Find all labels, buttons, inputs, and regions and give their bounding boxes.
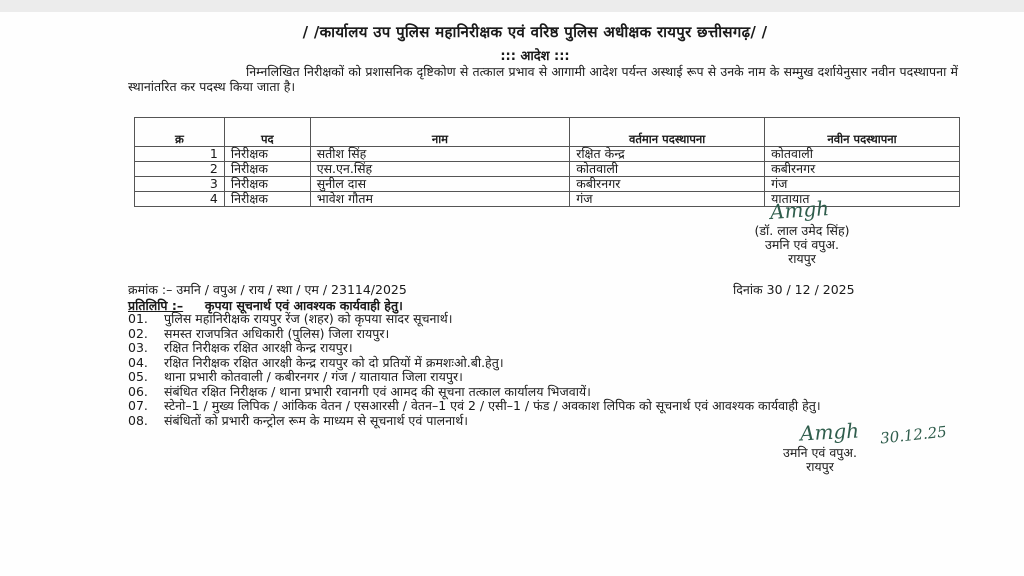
item-text: पुलिस महानिरीक्षक रायपुर रेंज (शहर) को क…	[164, 312, 958, 327]
signatory-1-designation: उमनि एवं वपुअ.	[712, 238, 892, 252]
cell-name: भावेश गौतम	[310, 192, 570, 207]
cell-post: निरीक्षक	[224, 147, 310, 162]
cell-sno: 1	[135, 147, 225, 162]
cell-current-posting: गंज	[570, 192, 765, 207]
reference-number: क्रमांक :– उमनि / वपुअ / राय / स्था / एम…	[128, 281, 407, 298]
item-number: 08.	[128, 414, 164, 429]
top-bar	[0, 0, 1024, 12]
signatory-1-name: (डॉ. लाल उमेद सिंह)	[712, 224, 892, 238]
item-number: 01.	[128, 312, 164, 327]
list-item: 07. स्टेनो–1 / मुख्य लिपिक / आंकिक वेतन …	[128, 399, 958, 414]
signatory-2-block: उमनि एवं वपुअ. रायपुर	[740, 446, 900, 474]
signature-2: Amgh	[799, 418, 859, 445]
intro-text: निम्नलिखित निरीक्षकों को प्रशासनिक दृष्ट…	[128, 64, 958, 94]
cell-post: निरीक्षक	[224, 177, 310, 192]
header-sno: क्र	[135, 118, 225, 147]
cell-new-posting: गंज	[765, 177, 960, 192]
list-item: 02. समस्त राजपत्रित अधिकारी (पुलिस) जिला…	[128, 327, 958, 342]
list-item: 03. रक्षित निरीक्षक रक्षित आरक्षी केन्द्…	[128, 341, 958, 356]
item-text: रक्षित निरीक्षक रक्षित आरक्षी केन्द्र रा…	[164, 356, 958, 371]
cell-current-posting: रक्षित केन्द्र	[570, 147, 765, 162]
header-current-posting: वर्तमान पदस्थापना	[570, 118, 765, 147]
list-item: 05. थाना प्रभारी कोतवाली / कबीरनगर / गंज…	[128, 370, 958, 385]
order-date: दिनांक 30 / 12 / 2025	[733, 281, 855, 298]
list-item: 01. पुलिस महानिरीक्षक रायपुर रेंज (शहर) …	[128, 312, 958, 327]
header-new-posting: नवीन पदस्थापना	[765, 118, 960, 147]
cell-name: एस.एन.सिंह	[310, 162, 570, 177]
item-number: 07.	[128, 399, 164, 414]
table-row: 3 निरीक्षक सुनील दास कबीरनगर गंज	[135, 177, 960, 192]
order-title: ::: आदेश :::	[160, 46, 910, 64]
item-text: थाना प्रभारी कोतवाली / कबीरनगर / गंज / य…	[164, 370, 958, 385]
office-heading: / /कार्यालय उप पुलिस महानिरीक्षक एवं वरि…	[160, 22, 910, 42]
table-header-row: क्र पद नाम वर्तमान पदस्थापना नवीन पदस्था…	[135, 118, 960, 147]
item-number: 06.	[128, 385, 164, 400]
signatory-2-designation: उमनि एवं वपुअ.	[740, 446, 900, 460]
list-item: 04. रक्षित निरीक्षक रक्षित आरक्षी केन्द्…	[128, 356, 958, 371]
cell-name: सुनील दास	[310, 177, 570, 192]
item-number: 02.	[128, 327, 164, 342]
table-row: 4 निरीक्षक भावेश गौतम गंज यातायात	[135, 192, 960, 207]
list-item: 06. संबंधित रक्षित निरीक्षक / थाना प्रभा…	[128, 385, 958, 400]
cell-post: निरीक्षक	[224, 192, 310, 207]
signature-1: Amgh	[769, 196, 830, 224]
copy-to-list: 01. पुलिस महानिरीक्षक रायपुर रेंज (शहर) …	[128, 312, 958, 428]
signatory-1-block: (डॉ. लाल उमेद सिंह) उमनि एवं वपुअ. रायपु…	[712, 224, 892, 266]
signatory-1-place: रायपुर	[712, 252, 892, 266]
item-number: 05.	[128, 370, 164, 385]
item-text: स्टेनो–1 / मुख्य लिपिक / आंकिक वेतन / एस…	[164, 399, 958, 414]
cell-name: सतीश सिंह	[310, 147, 570, 162]
item-text: रक्षित निरीक्षक रक्षित आरक्षी केन्द्र रा…	[164, 341, 958, 356]
cell-sno: 4	[135, 192, 225, 207]
table-row: 2 निरीक्षक एस.एन.सिंह कोतवाली कबीरनगर	[135, 162, 960, 177]
intro-paragraph: निम्नलिखित निरीक्षकों को प्रशासनिक दृष्ट…	[128, 64, 958, 94]
cell-sno: 2	[135, 162, 225, 177]
signatory-2-place: रायपुर	[740, 460, 900, 474]
item-number: 04.	[128, 356, 164, 371]
cell-new-posting: कबीरनगर	[765, 162, 960, 177]
header-post: पद	[224, 118, 310, 147]
table-row: 1 निरीक्षक सतीश सिंह रक्षित केन्द्र कोतव…	[135, 147, 960, 162]
transfer-table: क्र पद नाम वर्तमान पदस्थापना नवीन पदस्था…	[134, 117, 960, 207]
cell-current-posting: कबीरनगर	[570, 177, 765, 192]
cell-current-posting: कोतवाली	[570, 162, 765, 177]
item-number: 03.	[128, 341, 164, 356]
header-name: नाम	[310, 118, 570, 147]
item-text: संबंधित रक्षित निरीक्षक / थाना प्रभारी र…	[164, 385, 958, 400]
item-text: समस्त राजपत्रित अधिकारी (पुलिस) जिला राय…	[164, 327, 958, 342]
cell-post: निरीक्षक	[224, 162, 310, 177]
cell-new-posting: कोतवाली	[765, 147, 960, 162]
cell-sno: 3	[135, 177, 225, 192]
